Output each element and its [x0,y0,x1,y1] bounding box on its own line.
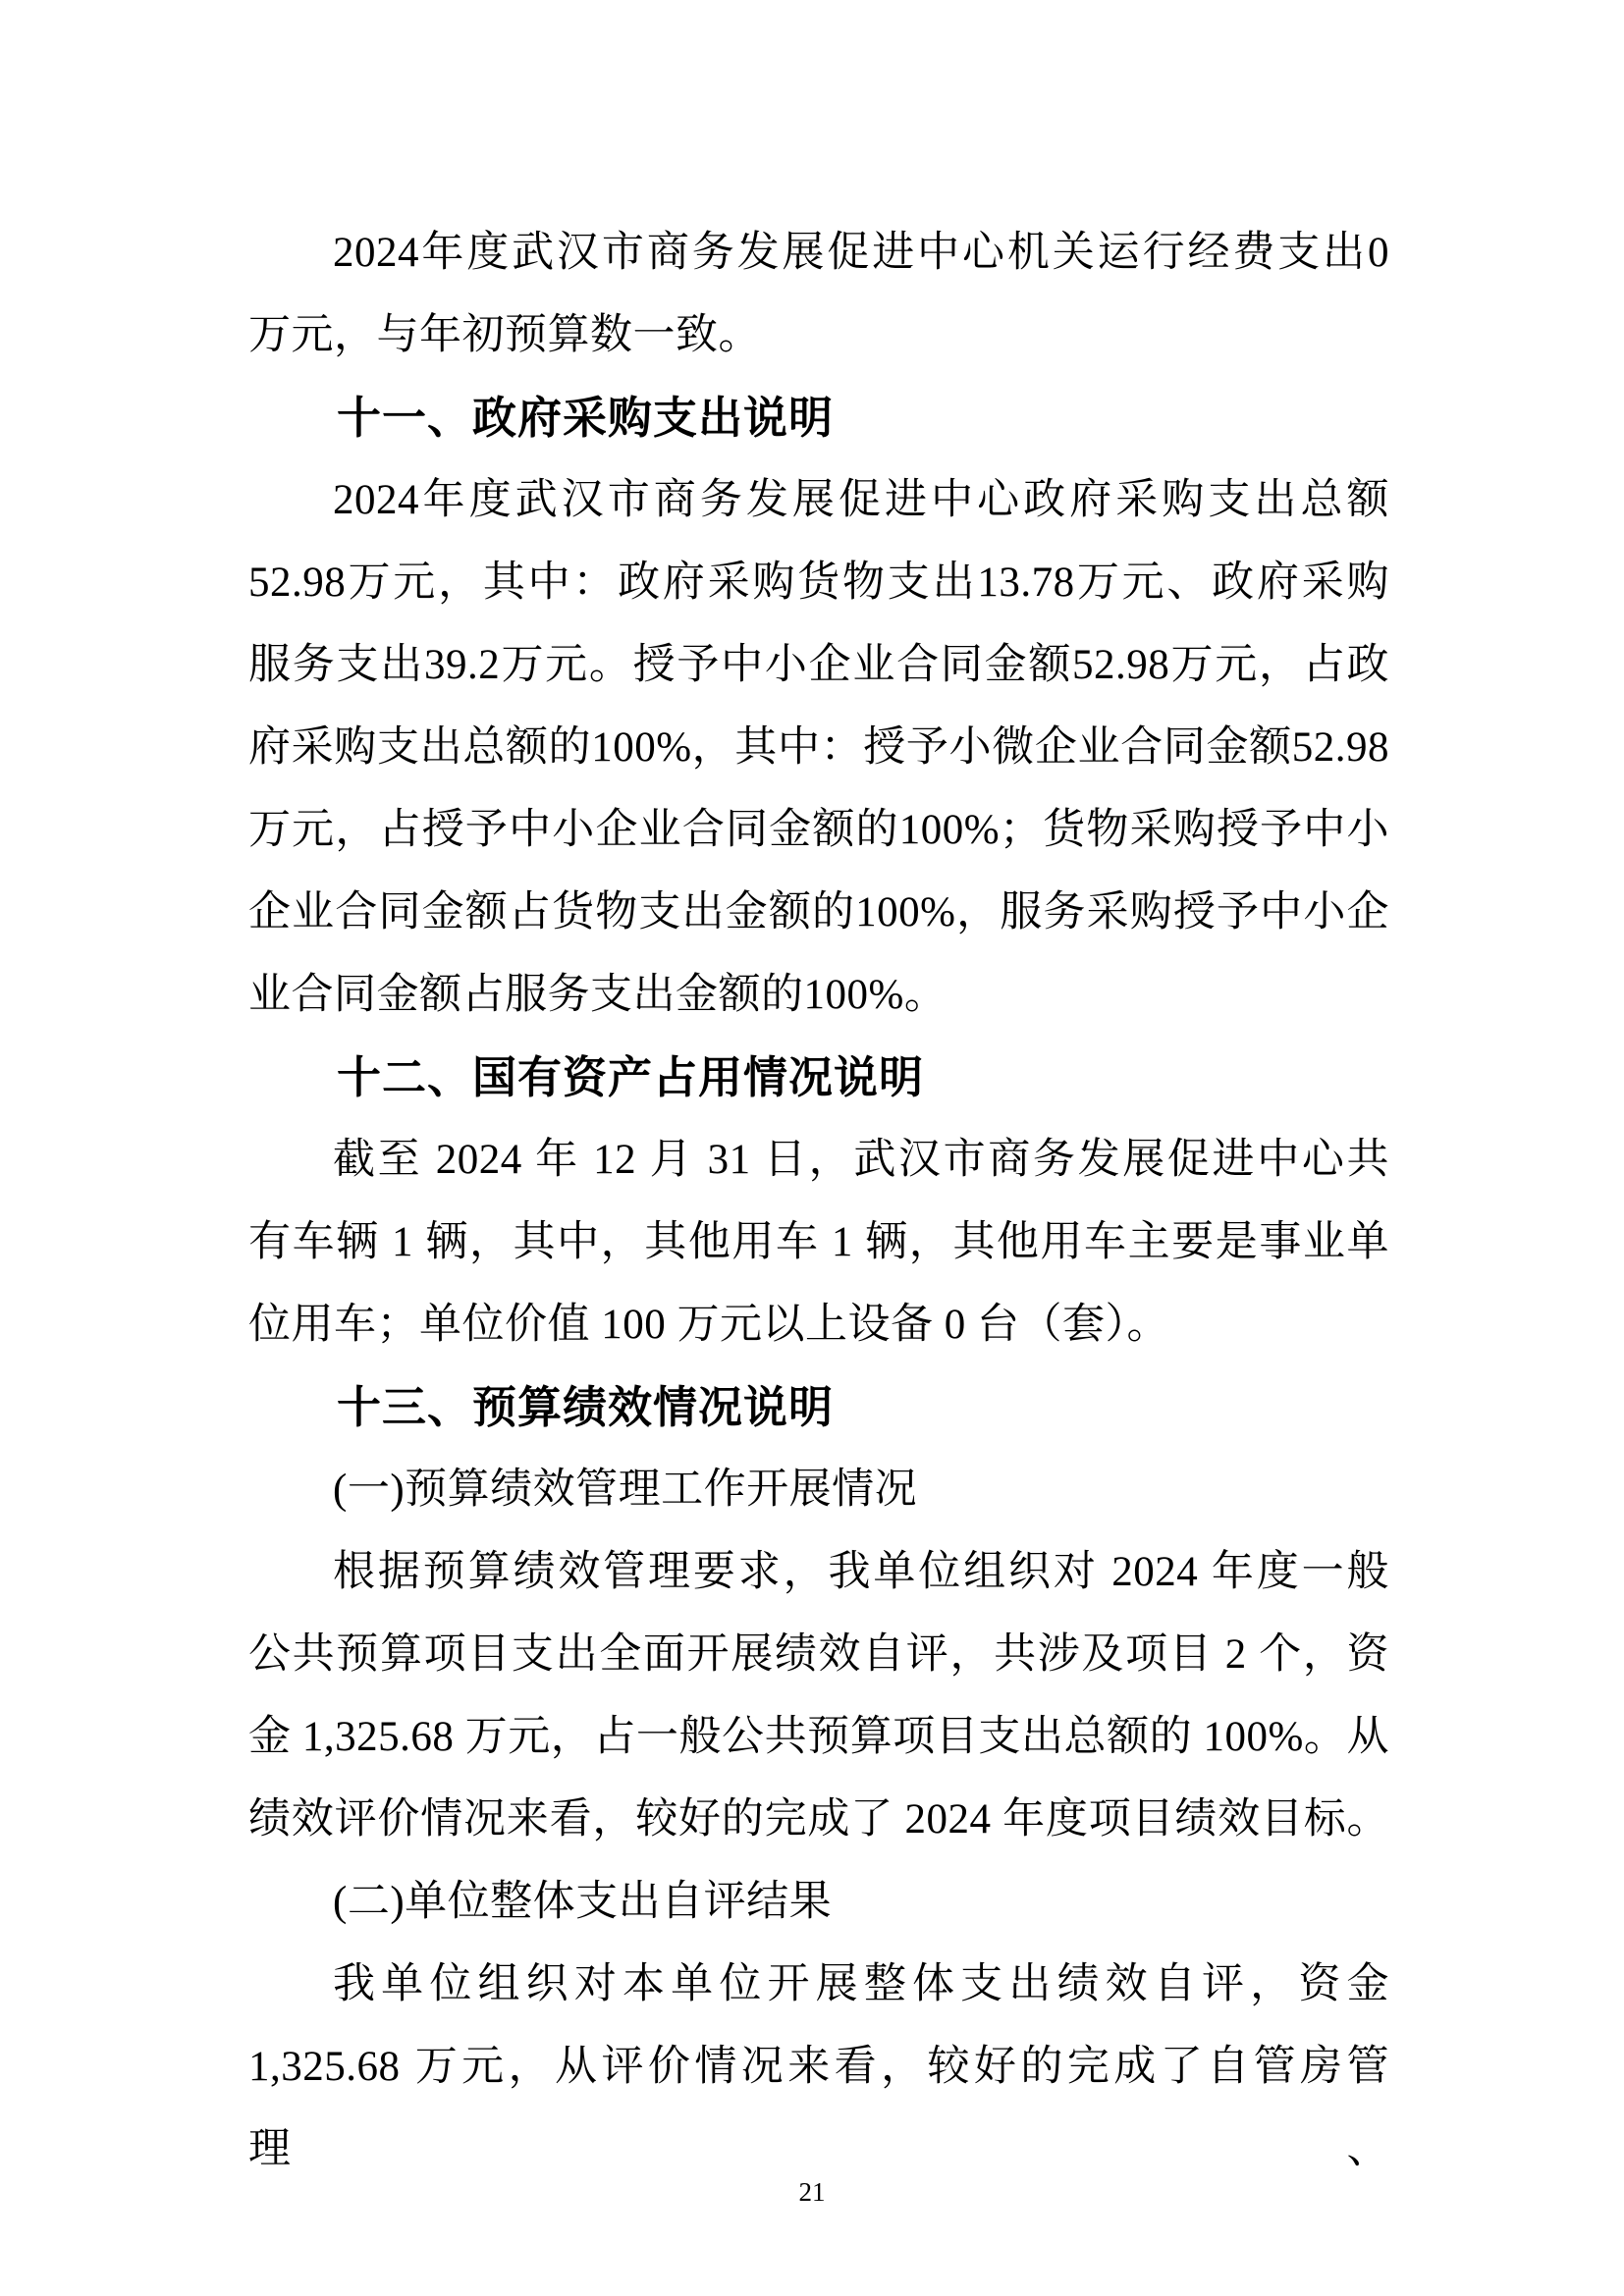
body-line: 业合同金额占服务支出金额的100%。 [248,954,1389,1037]
body-line: 万元，与年初预算数一致。 [248,294,1389,377]
body-line: 位用车；单位价值 100 万元以上设备 0 台（套）。 [248,1284,1389,1366]
body-line: 2024年度武汉市商务发展促进中心政府采购支出总额 [248,459,1389,542]
body-line: 1,325.68 万元，从评价情况来看，较好的完成了自管房管理、 [248,2026,1389,2109]
document-page: 2024年度武汉市商务发展促进中心机关运行经费支出0 万元，与年初预算数一致。 … [0,0,1624,2296]
body-line: 府采购支出总额的100%，其中：授予小微企业合同金额52.98 [248,707,1389,789]
body-line: 截至 2024 年 12 月 31 日，武汉市商务发展促进中心共 [248,1119,1389,1201]
body-line: 2024年度武汉市商务发展促进中心机关运行经费支出0 [248,212,1389,294]
page-number: 21 [0,2175,1624,2209]
body-line: 企业合同金额占货物支出金额的100%，服务采购授予中小企 [248,872,1389,954]
body-line: 根据预算绩效管理要求，我单位组织对 2024 年度一般 [248,1531,1389,1614]
body-line: 万元，占授予中小企业合同金额的100%；货物采购授予中小 [248,789,1389,872]
document-text-block: 2024年度武汉市商务发展促进中心机关运行经费支出0 万元，与年初预算数一致。 … [248,212,1389,2109]
body-line: 金 1,325.68 万元，占一般公共预算项目支出总额的 100%。从 [248,1696,1389,1779]
subsection-heading-1: (一)预算绩效管理工作开展情况 [248,1449,1389,1531]
body-line: 52.98万元，其中：政府采购货物支出13.78万元、政府采购 [248,542,1389,624]
section-heading-11: 十一、政府采购支出说明 [248,377,1389,459]
body-line: 我单位组织对本单位开展整体支出绩效自评，资金 [248,1944,1389,2026]
body-line: 有车辆 1 辆，其中，其他用车 1 辆，其他用车主要是事业单 [248,1201,1389,1284]
subsection-heading-2: (二)单位整体支出自评结果 [248,1861,1389,1944]
body-line: 绩效评价情况来看，较好的完成了 2024 年度项目绩效目标。 [248,1779,1389,1861]
section-heading-13: 十三、预算绩效情况说明 [248,1366,1389,1449]
body-line: 公共预算项目支出全面开展绩效自评，共涉及项目 2 个，资 [248,1614,1389,1696]
body-line: 服务支出39.2万元。授予中小企业合同金额52.98万元，占政 [248,624,1389,707]
section-heading-12: 十二、国有资产占用情况说明 [248,1037,1389,1119]
